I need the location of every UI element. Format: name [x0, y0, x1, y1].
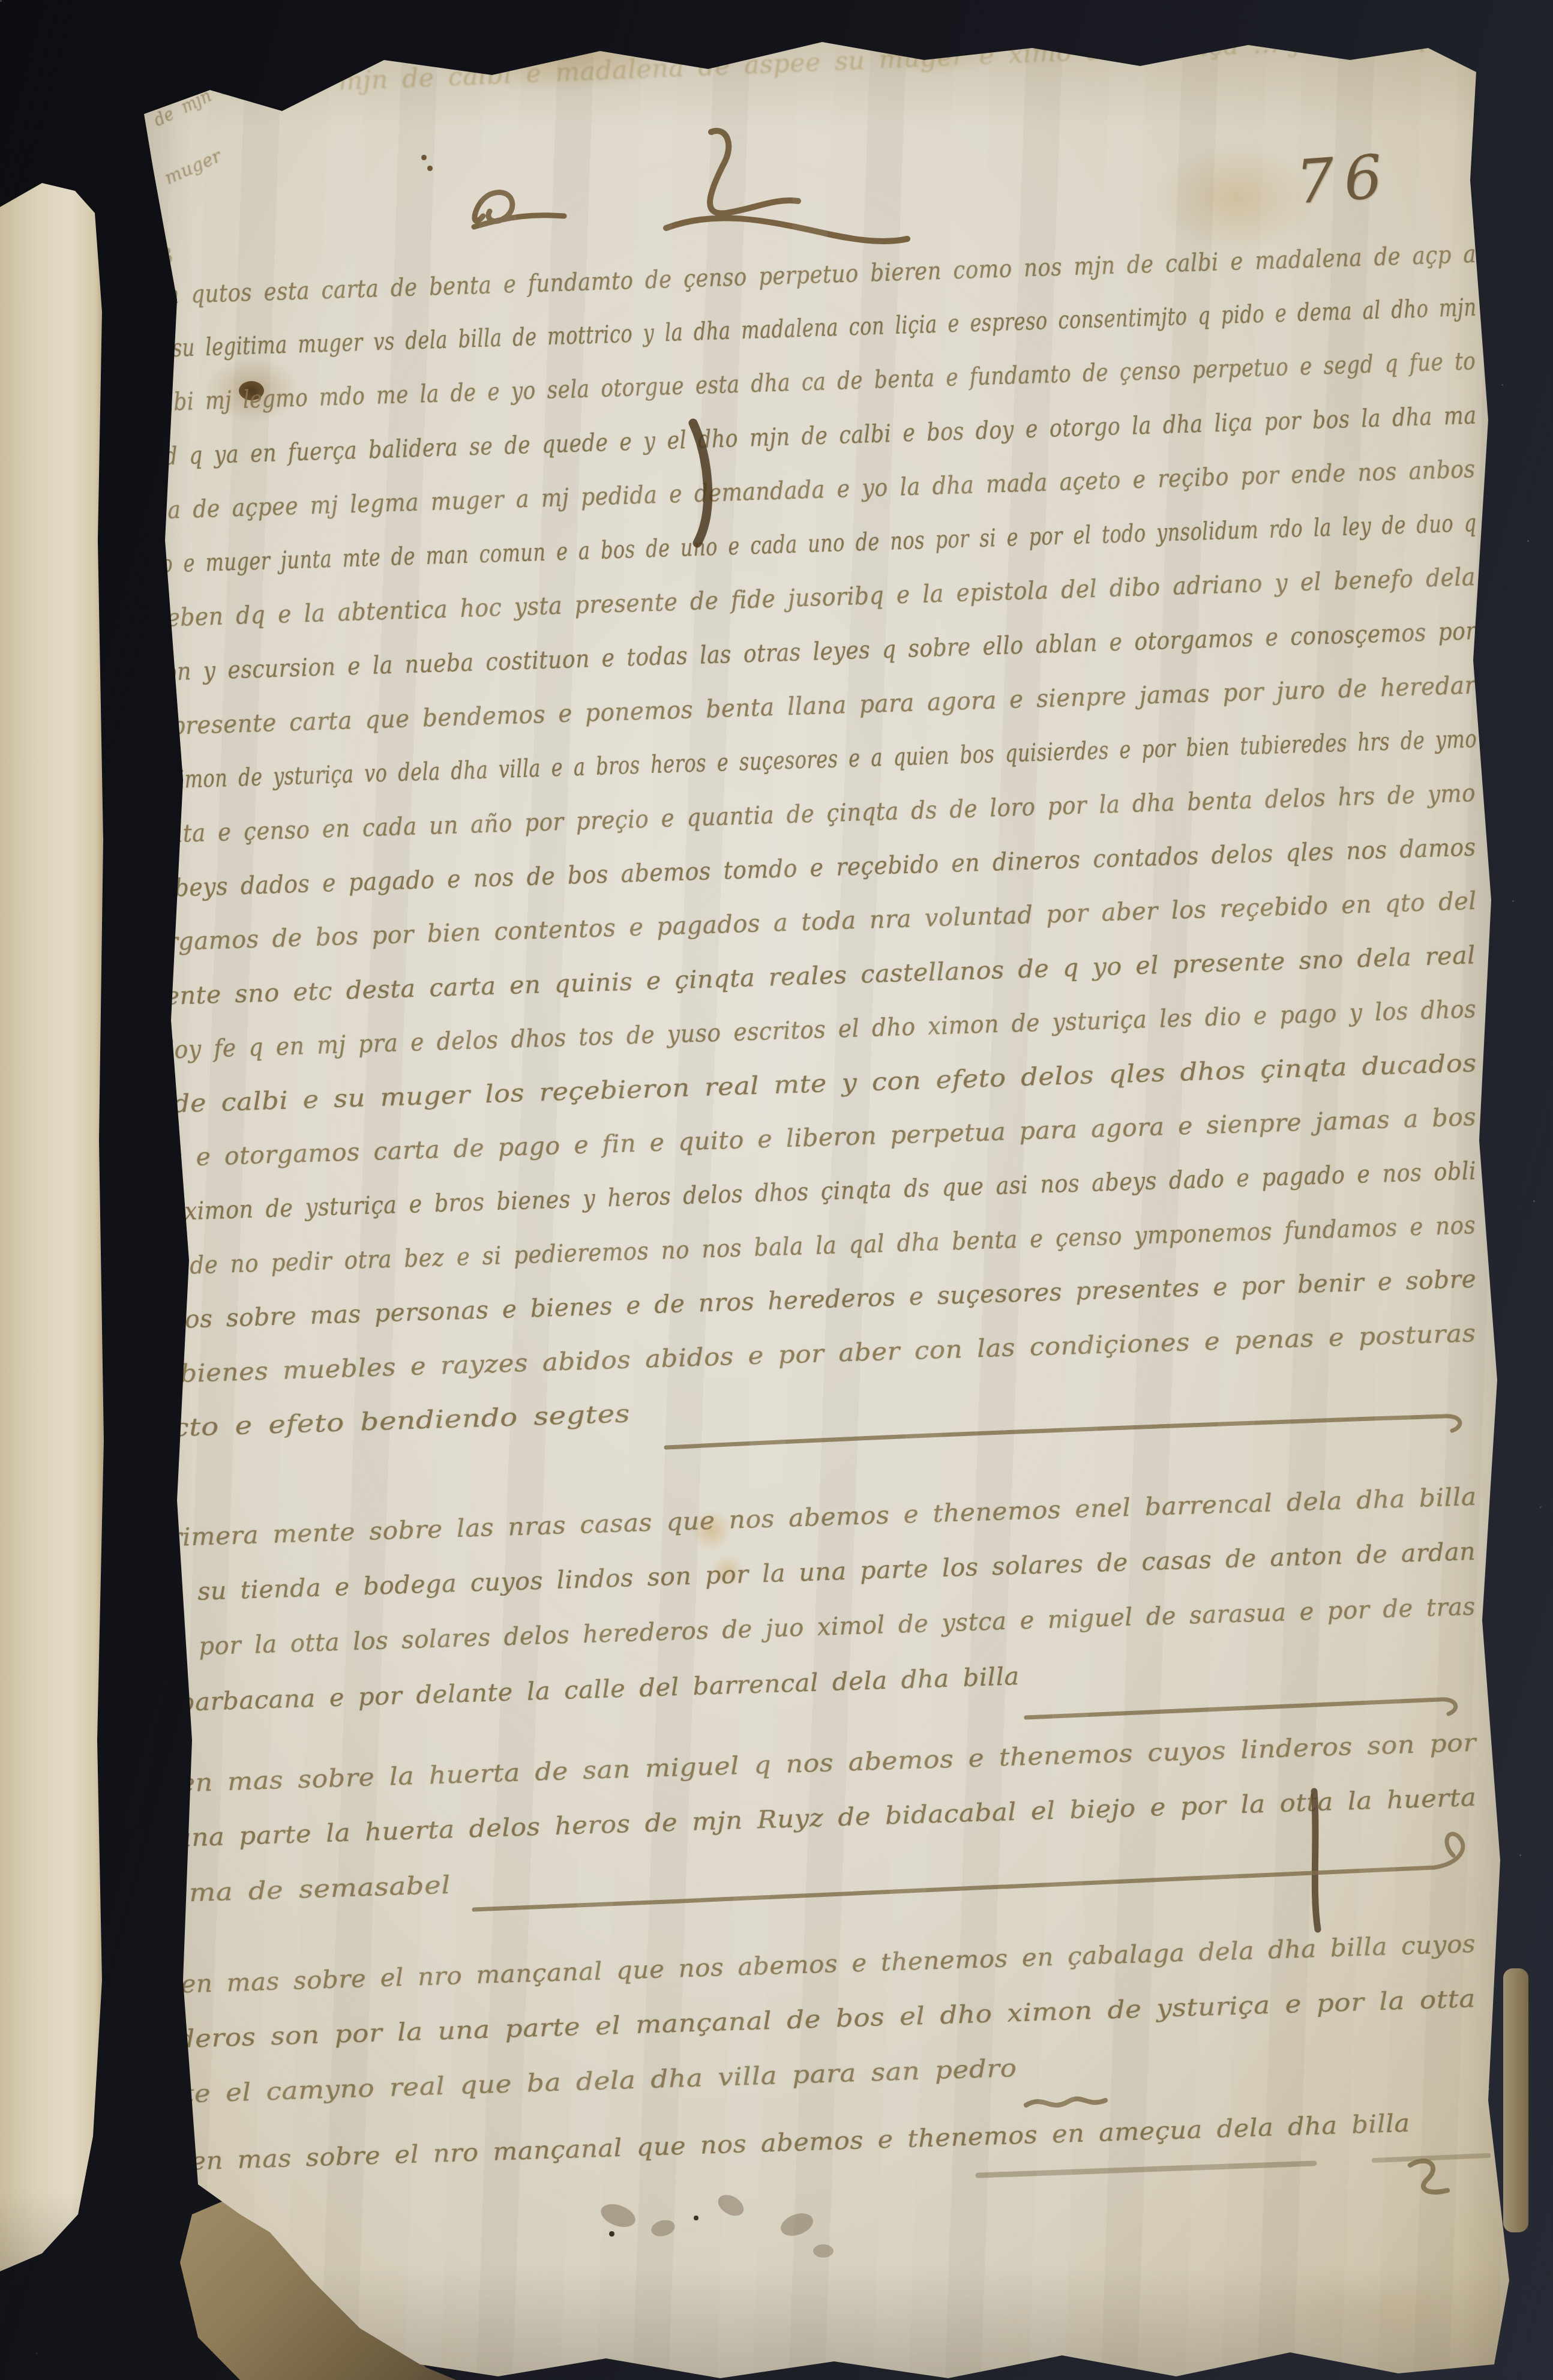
corner-annotation: de 23 — [101, 242, 178, 290]
text-line: la barbacana e por delante la calle del … — [141, 1662, 1020, 1717]
ink-smudge — [715, 2191, 748, 2220]
rubric-flourish-icon — [666, 131, 907, 241]
ink-offset-line — [1374, 2156, 1488, 2160]
ink-smudge — [778, 2209, 816, 2240]
stain — [1272, 2274, 1464, 2346]
text-line: de ma de semasabel — [138, 1871, 451, 1908]
manuscript-page: çso de mjn de calbi e madalena de aspee … — [90, 36, 1512, 2380]
corner-annotation: e su muger — [111, 143, 226, 214]
ink-speck — [167, 2220, 173, 2225]
text-line: e pacto e efeto bendiendo segtes — [102, 1399, 631, 1444]
folio-number: 76 — [1294, 141, 1394, 218]
underlying-page-edge — [1503, 1968, 1528, 2232]
text-line: Yten mas sobre el nro mançanal que nos a… — [153, 1930, 1476, 1999]
end-squiggle — [1410, 2161, 1447, 2192]
line-filler-rule — [474, 1834, 1463, 1910]
rubric-flourish-icon — [474, 192, 564, 227]
corner-annotation: çso de mjn de calbi — [115, 47, 289, 151]
ink-smudge — [813, 2244, 834, 2258]
text-line: parte el camyno real que ba dela dha vil… — [135, 2054, 1017, 2109]
text-line: la una parte la huerta delos heros de mj… — [135, 1783, 1477, 1853]
ink-smudge — [598, 2200, 638, 2231]
dust-specks — [0, 0, 2, 2]
line-filler-rule — [1026, 1699, 1456, 1717]
facing-page-edge — [0, 0, 120, 2380]
ink-offset-line — [978, 2163, 1314, 2175]
ink-speck — [694, 2216, 698, 2220]
text-line: ça e por la otta los solares delos hered… — [129, 1593, 1476, 1662]
line-filler-rule — [666, 1416, 1460, 1447]
text-line: Yten mas sobre el nro mançanal que nos a… — [162, 2109, 1410, 2176]
ink-smudge — [649, 2217, 676, 2238]
text-line: con su tienda e bodega cuyos lindos son … — [138, 1537, 1476, 1607]
rubric-dots — [421, 155, 427, 160]
text-line: linderos son por la una parte el mançana… — [141, 1985, 1476, 2054]
faded-header-annotation: çso de mjn de calbi e madalena de aspee … — [234, 22, 1471, 100]
text-line: primera mente sobre las nras casas que n… — [153, 1483, 1477, 1552]
ink-speck — [609, 2231, 614, 2237]
end-squiggle — [1026, 2099, 1105, 2105]
photograph-of-manuscript: çso de mjn de calbi e madalena de aspee … — [0, 0, 1553, 2380]
text-line: Yten mas sobre la huerta de san miguel q… — [150, 1729, 1477, 1798]
